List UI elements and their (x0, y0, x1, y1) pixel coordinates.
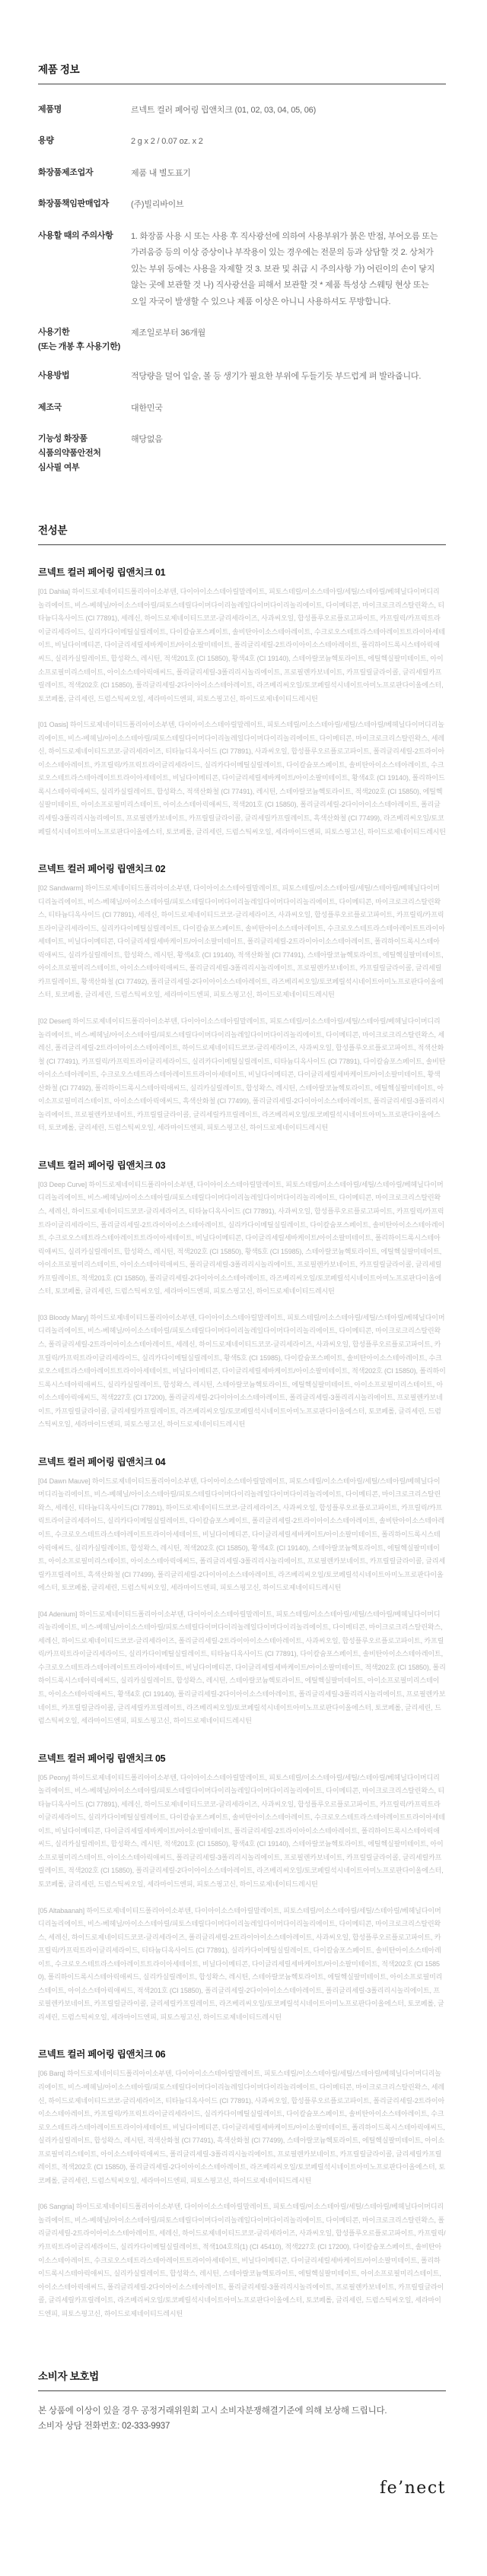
row-label: 화장품제조업자 (38, 166, 131, 180)
footer: fe’nect (38, 2479, 446, 2498)
table-row: 제조국 대한민국 (38, 393, 446, 424)
ingredients-title: 전성분 (38, 522, 446, 545)
ingredient-block-04: 르넥트 컬러 페어링 립앤치크 04 [04 Dawn Mauve] 하이드로제… (38, 1455, 446, 1728)
row-label: 제조국 (38, 401, 131, 415)
ingredient-paragraph: [04 Adenium] 하이드로제네이티드폴리아이소부텐, 다이아이소스테아릴… (38, 1608, 446, 1728)
row-value: (주)빌리바이브 (131, 197, 446, 213)
table-row: 사용기한 (또는 개봉 후 사용기한) 제조일로부터 36개월 (38, 318, 446, 361)
brand-logo: fe’nect (380, 2479, 446, 2498)
ingredient-paragraph: [03 Bloody Mary] 하이드로제네이티드폴리아이소부텐, 다이아이소… (38, 1312, 446, 1432)
product-info-section: 제품 정보 제품명 르넥트 컬러 페어링 립앤치크 (01, 02, 03, 0… (38, 61, 446, 482)
consumer-phone-line: 소비자 상담 전화번호: 02-333-9937 (38, 2419, 446, 2434)
consumer-protection-title: 소비자 보호법 (38, 2368, 446, 2391)
ingredient-paragraph: [06 Sangria] 하이드로제네이티드폴리아이소부텐, 다이아이소스테아릴… (38, 2200, 446, 2321)
product-name: 르넥트 컬러 페어링 립앤치크 03 (38, 1158, 446, 1172)
row-value: 2 g x 2 / 0.07 oz. x 2 (131, 134, 446, 150)
ingredient-paragraph: [06 Barq] 하이드로제네이티드폴리아이소부텐, 다이아이소스테아릴말레이… (38, 2067, 446, 2187)
ingredient-block-05: 르넥트 컬러 페어링 립앤치크 05 [05 Peony] 하이드로제네이티드폴… (38, 1751, 446, 2025)
product-name: 르넥트 컬러 페어링 립앤치크 06 (38, 2047, 446, 2060)
row-label: 사용기한 (또는 개봉 후 사용기한) (38, 325, 131, 354)
ingredient-block-02: 르넥트 컬러 페어링 립앤치크 02 [02 Sandwarm] 하이드로제네이… (38, 861, 446, 1135)
table-row: 화장품제조업자 제품 내 별도표기 (38, 158, 446, 189)
consumer-compensation-line: 본 상품에 이상이 있을 경우 공정거래위원회 고시 소비자분쟁해결기준에 의해… (38, 2403, 446, 2419)
ingredient-paragraph: [04 Dawn Mauve] 하이드로제네이티드폴리아이소부텐, 다이아이소스… (38, 1475, 446, 1595)
ingredient-paragraph: [02 Sandwarm] 하이드로제네이티드폴리아이소부텐, 다이아이소스테아… (38, 882, 446, 1002)
ingredient-block-06: 르넥트 컬러 페어링 립앤치크 06 [06 Barq] 하이드로제네이티드폴리… (38, 2047, 446, 2321)
table-row: 사용방법 적당량을 덜어 입술, 볼 등 생기가 필요한 부위에 두들기듯 부드… (38, 361, 446, 392)
product-name: 르넥트 컬러 페어링 립앤치크 02 (38, 861, 446, 875)
row-label: 화장품책임판매업자 (38, 197, 131, 211)
ingredient-paragraph: [02 Desert] 하이드로제네이티드폴리아이소부텐, 다이아이소스테아릴말… (38, 1015, 446, 1135)
consumer-protection-section: 소비자 보호법 본 상품에 이상이 있을 경우 공정거래위원회 고시 소비자분쟁… (38, 2368, 446, 2434)
product-name: 르넥트 컬러 페어링 립앤치크 05 (38, 1751, 446, 1765)
row-value: 1. 화장품 사용 시 또는 사용 후 직사광선에 의하여 사용부위가 붉은 반… (131, 229, 446, 310)
product-info-table: 제품명 르넥트 컬러 페어링 립앤치크 (01, 02, 03, 04, 05,… (38, 95, 446, 482)
ingredient-block-03: 르넥트 컬러 페어링 립앤치크 03 [03 Deep Curve] 하이드로제… (38, 1158, 446, 1432)
table-row: 기능성 화장품 식품의약품안전처 심사필 여부 해당없음 (38, 424, 446, 482)
product-info-title: 제품 정보 (38, 61, 446, 84)
consumer-protection-text: 본 상품에 이상이 있을 경우 공정거래위원회 고시 소비자분쟁해결기준에 의해… (38, 2403, 446, 2434)
product-detail-page: 제품 정보 제품명 르넥트 컬러 페어링 립앤치크 (01, 02, 03, 0… (0, 0, 487, 2528)
row-value: 르넥트 컬러 페어링 립앤치크 (01, 02, 03, 04, 05, 06) (131, 103, 446, 119)
row-value: 제조일로부터 36개월 (131, 325, 446, 341)
row-label: 사용방법 (38, 369, 131, 383)
table-row: 용량 2 g x 2 / 0.07 oz. x 2 (38, 126, 446, 157)
table-row: 사용할 때의 주의사항 1. 화장품 사용 시 또는 사용 후 직사광선에 의하… (38, 221, 446, 318)
row-value: 대한민국 (131, 401, 446, 417)
ingredient-paragraph: [01 Oasis] 하이드로제네이티드폴리아이소부텐, 다이아이소스테아릴말레… (38, 719, 446, 839)
row-value: 적당량을 덜어 입술, 볼 등 생기가 필요한 부위에 두들기듯 부드럽게 펴 … (131, 369, 446, 385)
ingredient-paragraph: [01 Dahlia] 하이드로제네이티드폴리아이소부텐, 다이아이소스테아릴말… (38, 585, 446, 706)
row-label: 사용할 때의 주의사항 (38, 229, 131, 243)
ingredients-section: 전성분 르넥트 컬러 페어링 립앤치크 01 [01 Dahlia] 하이드로제… (38, 522, 446, 2321)
row-label: 기능성 화장품 식품의약품안전처 심사필 여부 (38, 432, 131, 474)
row-label: 용량 (38, 134, 131, 148)
row-value: 해당없음 (131, 432, 446, 448)
row-label: 제품명 (38, 103, 131, 117)
ingredient-paragraph: [03 Deep Curve] 하이드로제네이티드폴리아이소부텐, 다이아이소스… (38, 1179, 446, 1299)
ingredient-paragraph: [05 Altabaanah] 하이드로제네이티드폴리아이소부텐, 다이아이소스… (38, 1905, 446, 2025)
table-row: 화장품책임판매업자 (주)빌리바이브 (38, 189, 446, 220)
table-row: 제품명 르넥트 컬러 페어링 립앤치크 (01, 02, 03, 04, 05,… (38, 95, 446, 126)
ingredient-block-01: 르넥트 컬러 페어링 립앤치크 01 [01 Dahlia] 하이드로제네이티드… (38, 565, 446, 839)
ingredient-paragraph: [05 Peony] 하이드로제네이티드폴리아이소부텐, 다이아이소스테아릴말레… (38, 1772, 446, 1892)
row-value: 제품 내 별도표기 (131, 166, 446, 182)
product-name: 르넥트 컬러 페어링 립앤치크 01 (38, 565, 446, 579)
product-name: 르넥트 컬러 페어링 립앤치크 04 (38, 1455, 446, 1468)
